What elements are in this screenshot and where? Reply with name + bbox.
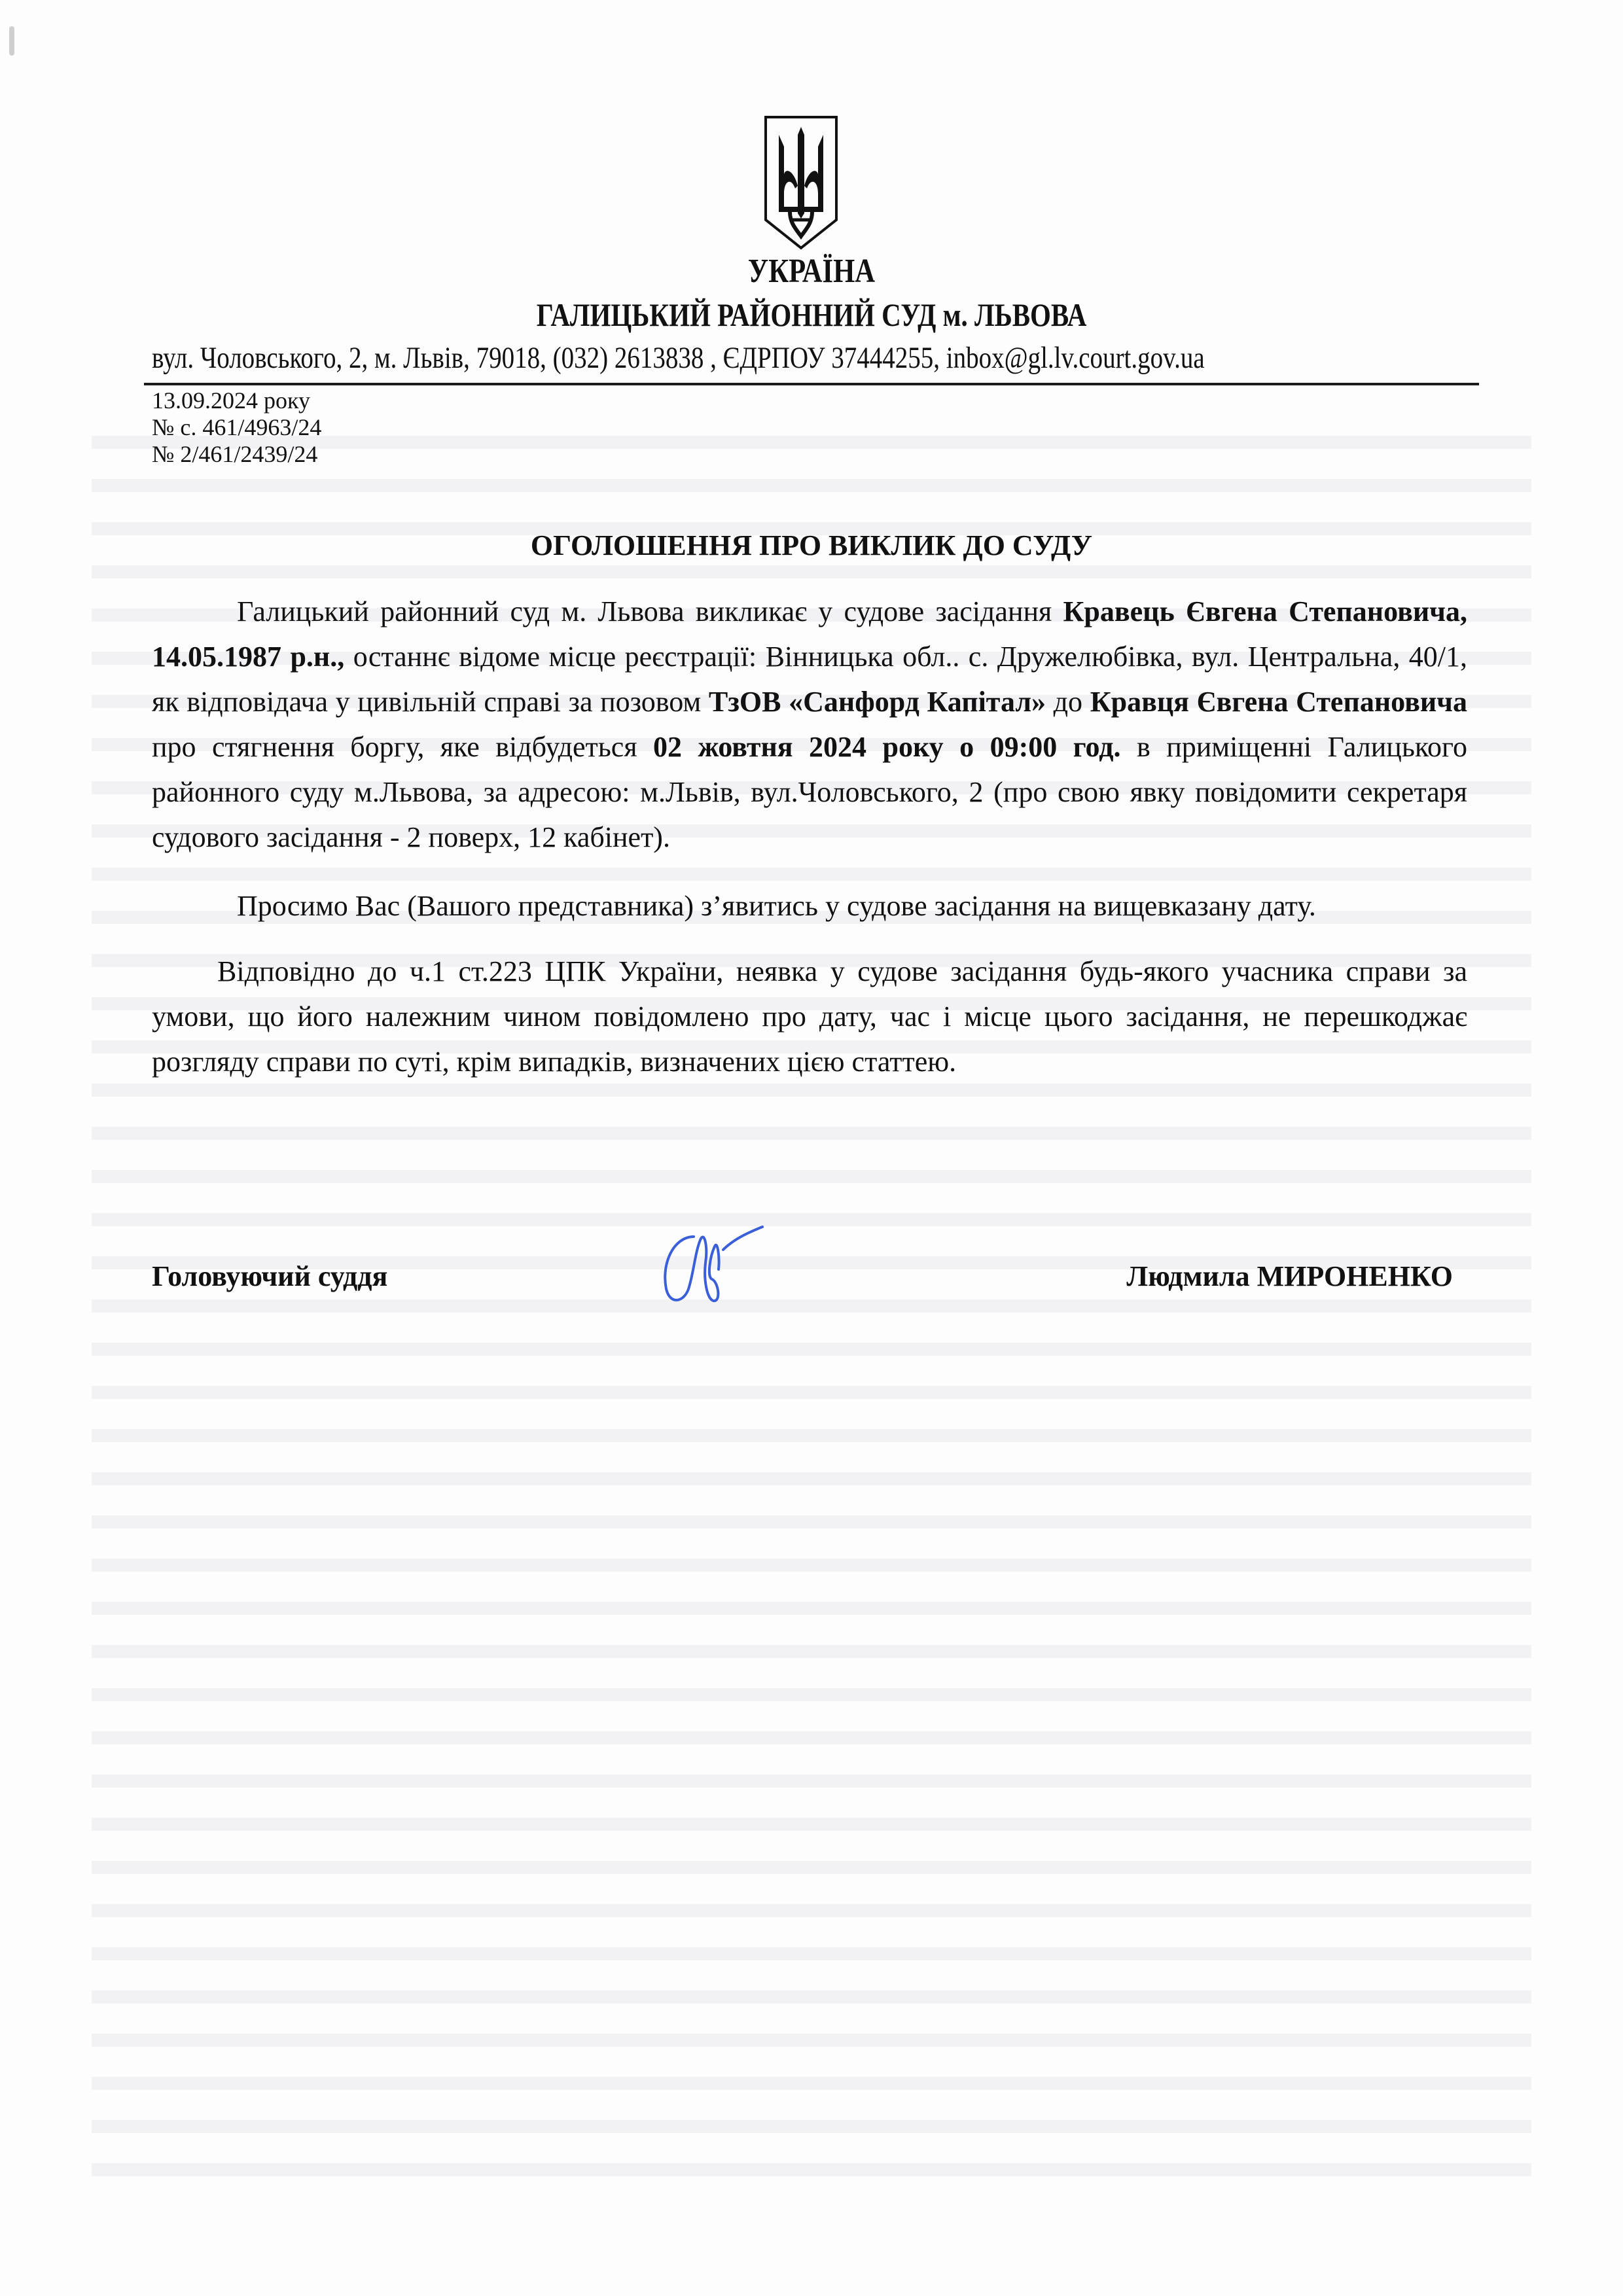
scan-margin-mark [9, 26, 14, 56]
trident-emblem-icon [764, 115, 838, 250]
proceeding-number: № 2/461/2439/24 [152, 441, 321, 468]
presiding-judge-label: Головуючий суддя [152, 1260, 387, 1293]
text-run: до [1046, 686, 1090, 718]
document-meta: 13.09.2024 року № с. 461/4963/24 № 2/461… [152, 387, 321, 468]
header-divider [144, 383, 1479, 385]
document-date: 13.09.2024 року [152, 387, 321, 414]
court-address-line: вул. Чоловського, 2, м. Львів, 79018, (0… [152, 340, 1255, 376]
court-name-heading: ГАЛИЦЬКИЙ РАЙОННИЙ СУД м. ЛЬВОВА [146, 296, 1477, 334]
case-number: № с. 461/4963/24 [152, 414, 321, 441]
handwritten-signature-icon [648, 1217, 772, 1315]
country-heading: УКРАЇНА [146, 252, 1477, 291]
plaintiff-name: ТзОВ «Санфорд Капітал» [709, 686, 1046, 718]
defendant-name-genitive: Кравця Євгена Степановича [1090, 686, 1467, 718]
hearing-datetime: 02 жовтня 2024 року о 09:00 год. [653, 731, 1121, 763]
appearance-request-paragraph: Просимо Вас (Вашого представника) з’явит… [152, 883, 1467, 928]
text-run: про стягнення боргу, яке відбудеться [152, 731, 653, 763]
judge-name: Людмила МИРОНЕНКО [1126, 1260, 1453, 1293]
text-run: Галицький районний суд м. Львова виклика… [237, 595, 1063, 627]
document-title: ОГОЛОШЕННЯ ПРО ВИКЛИК ДО СУДУ [0, 529, 1623, 562]
summons-paragraph: Галицький районний суд м. Львова виклика… [152, 589, 1467, 860]
legal-notice-paragraph: Відповідно до ч.1 ст.223 ЦПК України, не… [152, 949, 1467, 1084]
